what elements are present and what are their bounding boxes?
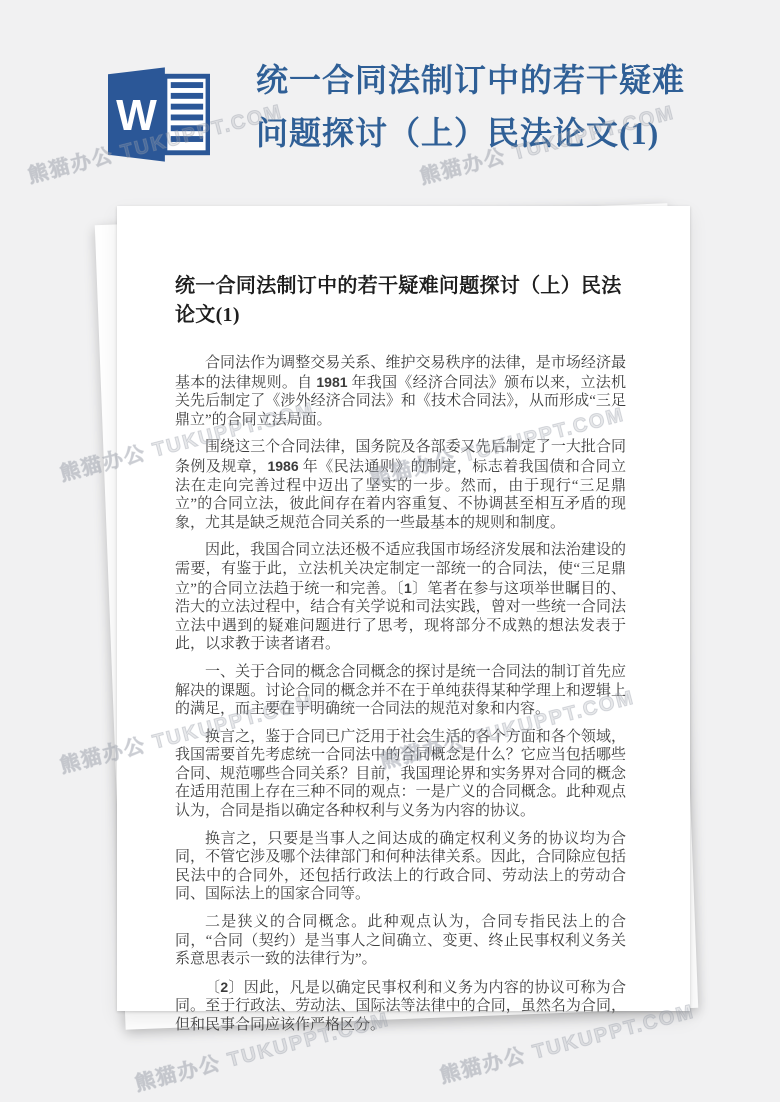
doc-paragraph: 〔2〕因此，凡是以确定民事权利和义务为内容的协议可称为合同。至于行政法、劳动法、… <box>175 978 626 1035</box>
page-title: 统一合同法制订中的若干疑难问题探讨（上）民法论文(1) <box>256 54 696 160</box>
doc-paragraph: 换言之，只要是当事人之间达成的确定权利义务的协议均为合同，不管它涉及哪个法律部门… <box>175 830 626 904</box>
word-icon-letter: W <box>116 92 157 140</box>
document-page: 统一合同法制订中的若干疑难问题探讨（上）民法论文(1) 合同法作为调整交易关系、… <box>117 206 690 1011</box>
page-background: W 统一合同法制订中的若干疑难问题探讨（上）民法论文(1) 统一合同法制订中的若… <box>0 0 780 1102</box>
word-file-icon: W <box>108 64 210 165</box>
doc-paragraph: 二是狭义的合同概念。此种观点认为，合同专指民法上的合同，“合同（契约）是当事人之… <box>175 913 626 969</box>
doc-paragraph: 一、关于合同的概念合同概念的探讨是统一合同法的制订首先应解决的课题。讨论合同的概… <box>175 663 626 719</box>
doc-paragraph: 因此，我国合同立法还极不适应我国市场经济发展和法治建设的需要，有鉴于此，立法机关… <box>175 541 626 654</box>
document-title: 统一合同法制订中的若干疑难问题探讨（上）民法论文(1) <box>175 272 626 330</box>
doc-paragraph: 围绕这三个合同法律，国务院及各部委又先后制定了一大批合同条例及规章，1986 年… <box>175 438 626 532</box>
doc-paragraph: 换言之，鉴于合同已广泛用于社会生活的各个方面和各个领域，我国需要首先考虑统一合同… <box>175 728 626 821</box>
doc-paragraph: 合同法作为调整交易关系、维护交易秩序的法律，是市场经济最基本的法律规则。自 19… <box>175 354 626 429</box>
doc-body: 合同法作为调整交易关系、维护交易秩序的法律，是市场经济最基本的法律规则。自 19… <box>175 354 626 1035</box>
